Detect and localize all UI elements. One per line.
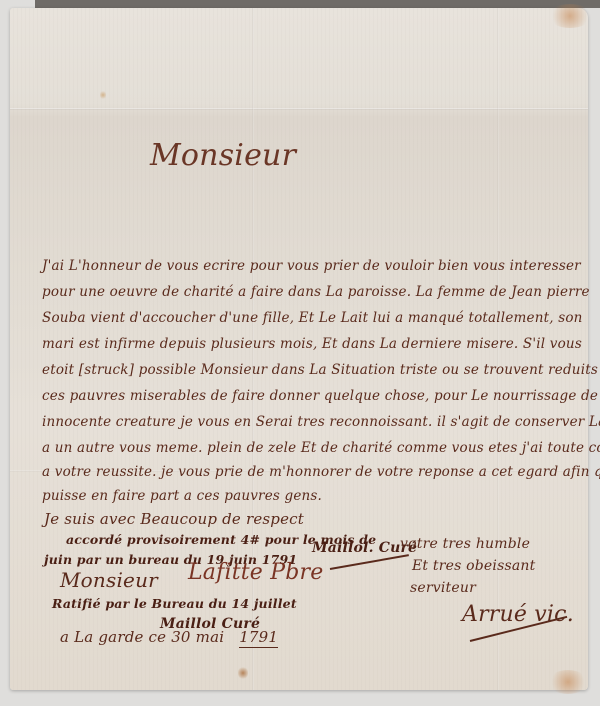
sender-signature: Arrué vic. [462,602,574,627]
body-line: a un autre vous meme. plein de zele Et d… [42,440,600,456]
close-line: Et tres obeissant [412,558,535,574]
paper-fold [10,108,588,110]
body-line: a votre reussite. je vous prie de m'honn… [42,464,600,480]
addressee: Monsieur [60,568,158,592]
body-line: innocente creature je vous en Serai tres… [42,414,600,430]
body-line: mari est infirme depuis plusieurs mois, … [42,336,582,352]
priest-signature: Lafitte Pbre [188,560,323,585]
body-line: Souba vient d'accoucher d'une fille, Et … [42,310,583,326]
backdrop [35,0,600,8]
body-line: pour une oeuvre de charité a faire dans … [42,284,590,300]
body-line: puisse en faire part a ces pauvres gens. [42,488,322,504]
body-line: etoit [struck] possible Monsieur dans La… [42,362,598,378]
foxing-stain [548,4,592,28]
year: 1791 [239,628,278,648]
foxing-stain [548,670,588,694]
salutation: Monsieur [150,138,296,173]
ink-spot [100,90,106,100]
place-date: a La garde ce 30 mai 1791 [60,628,278,646]
closing-line: Je suis avec Beaucoup de respect [44,510,304,528]
body-line: ces pauvres miserables de faire donner q… [42,388,600,404]
place-date-text: a La garde ce 30 mai [60,628,224,646]
annotation-line: Ratifié par le Bureau du 14 juillet [52,596,297,611]
close-line: serviteur [410,580,476,596]
body-line: J'ai L'honneur de vous ecrire pour vous … [42,258,581,274]
close-line: votre tres humble [400,536,530,552]
ink-spot [238,666,248,680]
